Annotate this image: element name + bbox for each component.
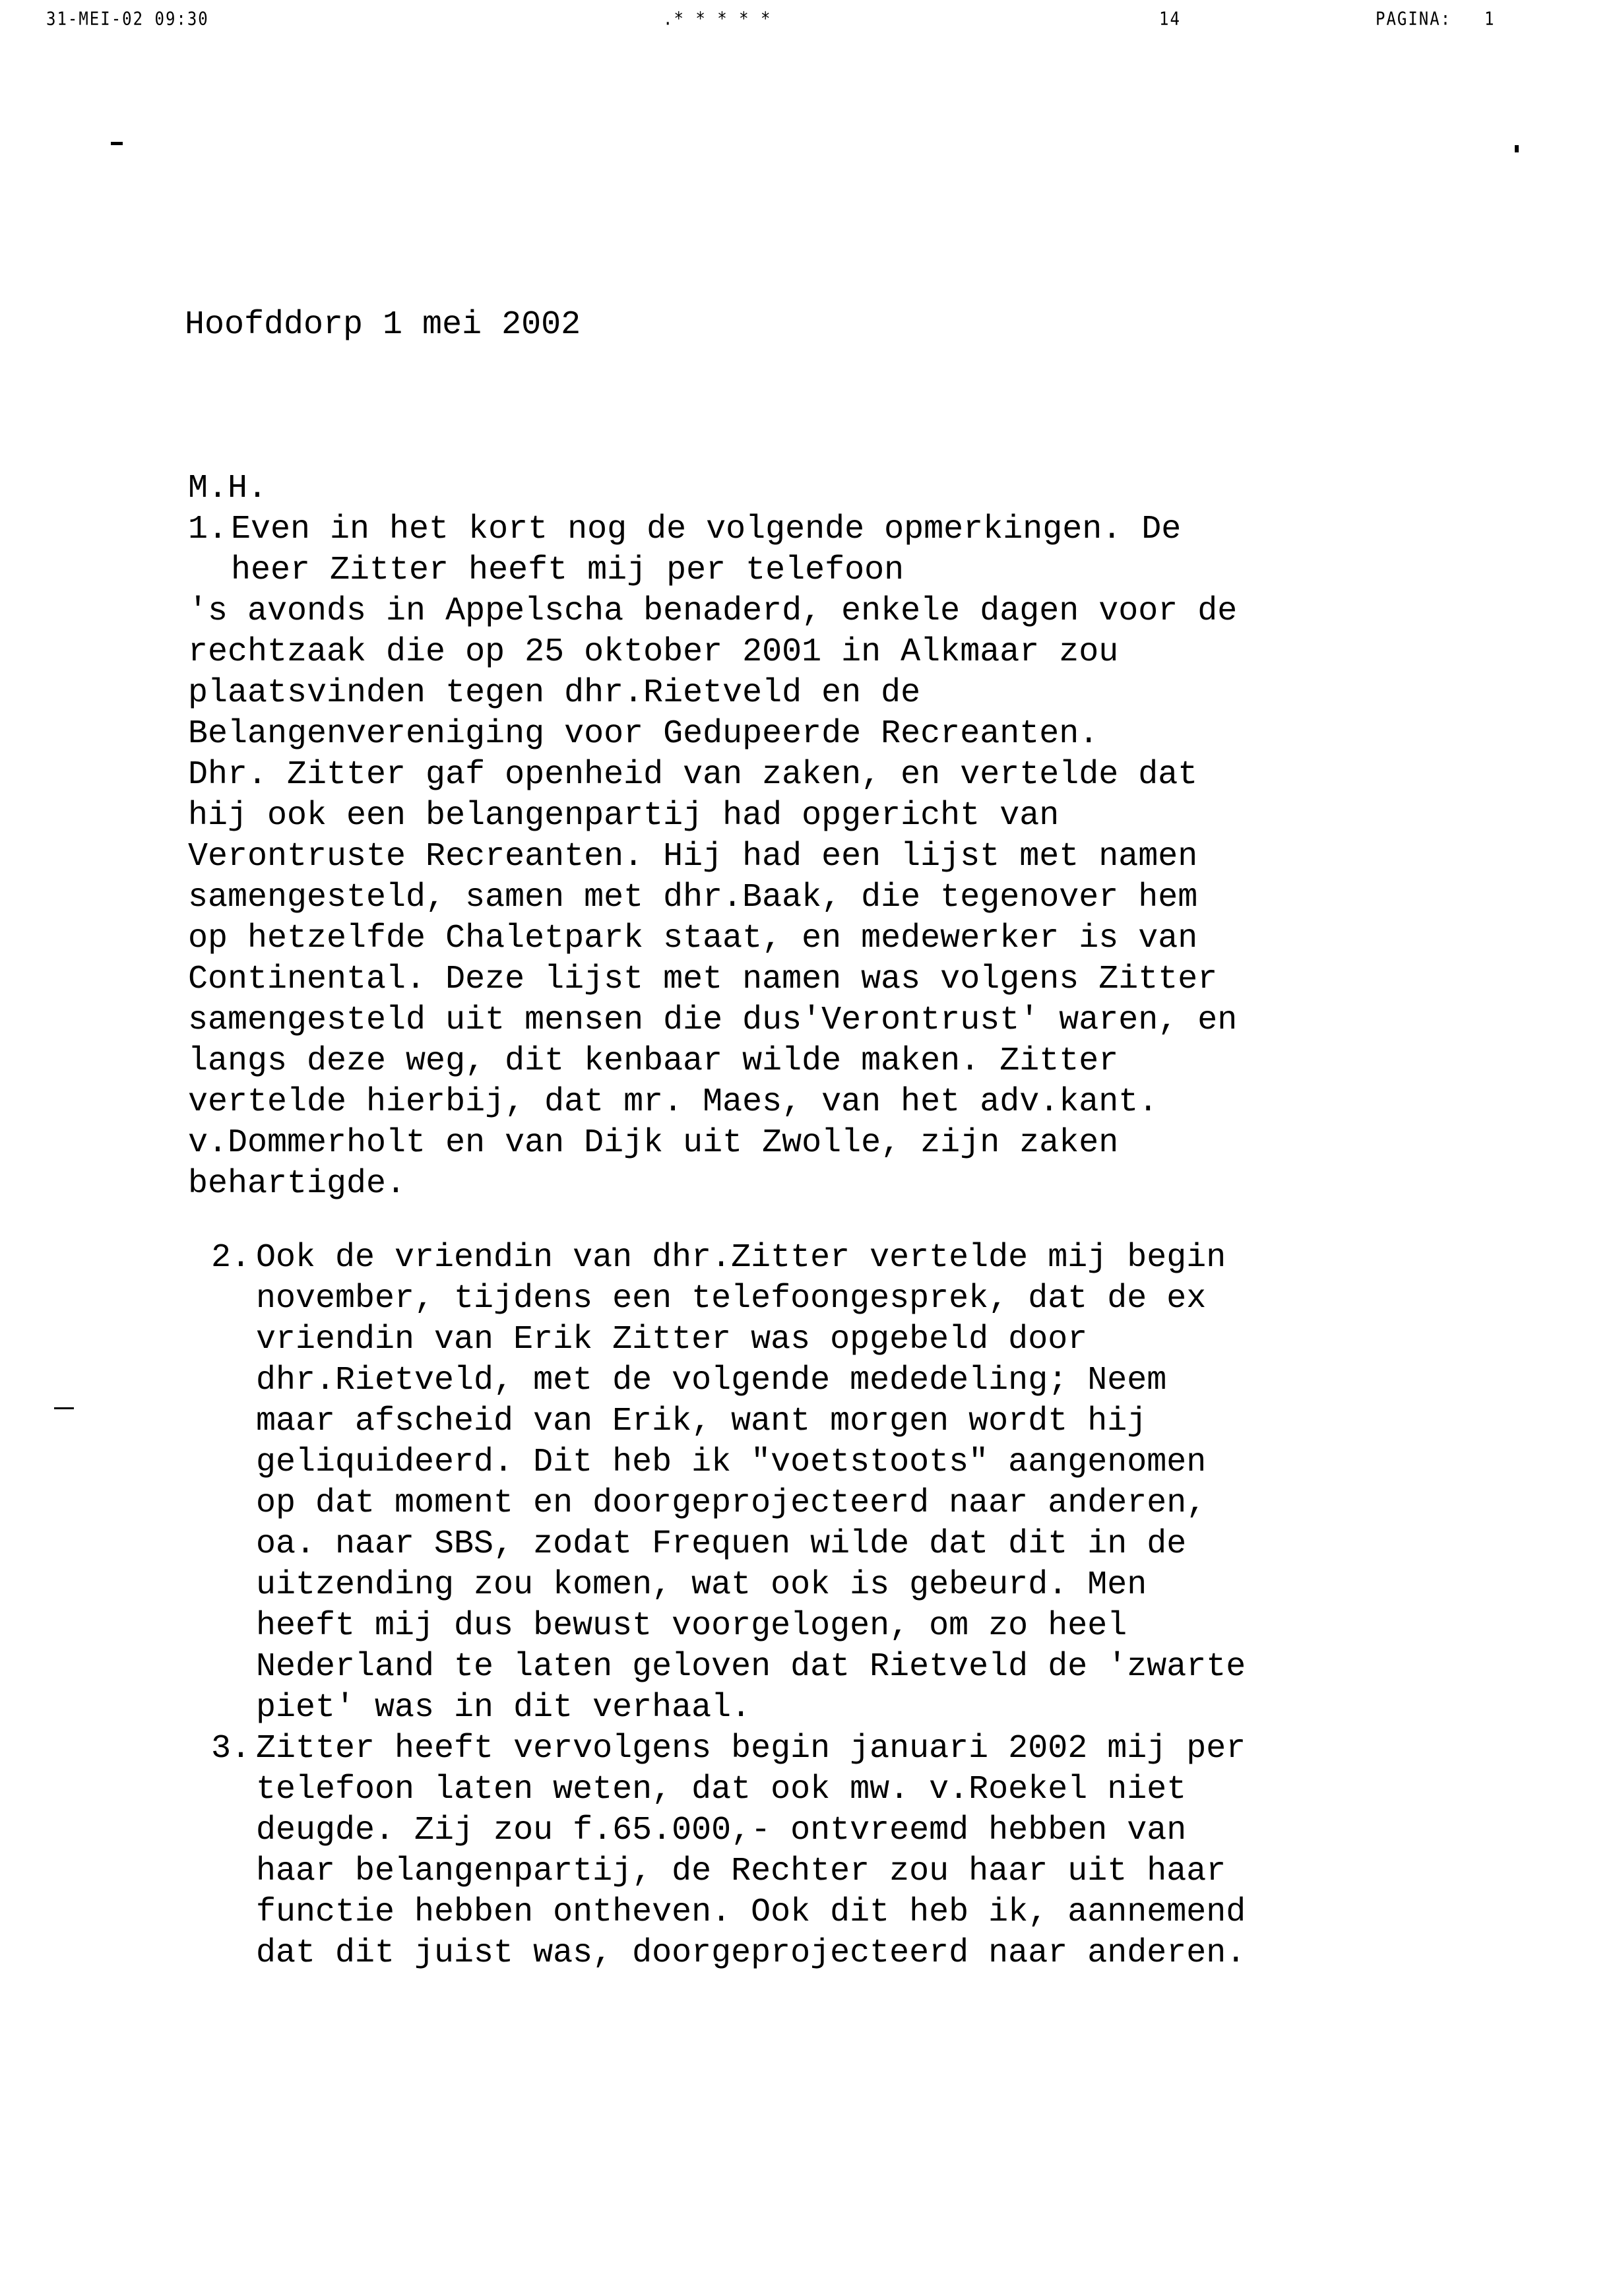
item-2-line: dhr.Rietveld, met de volgende mededeling… (256, 1360, 1166, 1401)
item-2-line: november, tijdens een telefoongesprek, d… (256, 1279, 1206, 1320)
fax-sender-number: 14 (1159, 8, 1181, 29)
item-1-line: Dhr. Zitter gaf openheid van zaken, en v… (188, 755, 1197, 796)
fax-stars: .* * * * * (663, 8, 772, 29)
item-2-line: vriendin van Erik Zitter was opgebeld do… (256, 1320, 1087, 1360)
item-3-line: dat dit juist was, doorgeprojecteerd naa… (256, 1933, 1246, 1974)
salutation: M.H. (188, 468, 267, 509)
item-1-line: Continental. Deze lijst met namen was vo… (188, 959, 1217, 1000)
scan-mark (111, 142, 123, 145)
fax-datetime: 31-MEI-02 09:30 (46, 8, 209, 29)
item-1-line: Even in het kort nog de volgende opmerki… (231, 509, 1181, 550)
item-2-number: 2. (211, 1238, 251, 1279)
item-2-line: uitzending zou komen, wat ook is gebeurd… (256, 1565, 1147, 1606)
fax-page-label: PAGINA: (1376, 8, 1451, 29)
item-1-line: langs deze weg, dit kenbaar wilde maken.… (188, 1041, 1118, 1082)
item-2-line: maar afscheid van Erik, want morgen word… (256, 1401, 1147, 1442)
item-2-line: heeft mij dus bewust voorgelogen, om zo … (256, 1606, 1127, 1647)
item-1-line: Belangenvereniging voor Gedupeerde Recre… (188, 714, 1098, 755)
fax-page-number: 1 (1484, 8, 1495, 29)
item-1-line: Verontruste Recreanten. Hij had een lijs… (188, 837, 1197, 877)
item-3-line: deugde. Zij zou f.65.000,- ontvreemd heb… (256, 1810, 1186, 1851)
item-3-line: haar belangenpartij, de Rechter zou haar… (256, 1851, 1226, 1892)
item-1-line: hij ook een belangenpartij had opgericht… (188, 796, 1059, 837)
item-1-line: heer Zitter heeft mij per telefoon (231, 550, 904, 591)
item-1-number: 1. (188, 509, 228, 550)
item-3-line: Zitter heeft vervolgens begin januari 20… (256, 1729, 1246, 1770)
place-date: Hoofddorp 1 mei 2002 (185, 305, 581, 346)
item-1-line: 's avonds in Appelscha benaderd, enkele … (188, 591, 1237, 632)
item-2-line: Nederland te laten geloven dat Rietveld … (256, 1647, 1246, 1688)
item-2-line: oa. naar SBS, zodat Frequen wilde dat di… (256, 1524, 1186, 1565)
item-3-number: 3. (211, 1729, 251, 1770)
item-1-line: samengesteld, samen met dhr.Baak, die te… (188, 877, 1197, 918)
fax-header: 31-MEI-02 09:30 .* * * * * 14 PAGINA: 1 (0, 8, 1617, 38)
item-3-line: functie hebben ontheven. Ook dit heb ik,… (256, 1892, 1246, 1933)
scan-mark (1515, 145, 1519, 152)
item-1-line: behartigde. (188, 1164, 406, 1205)
item-1-line: vertelde hierbij, dat mr. Maes, van het … (188, 1082, 1158, 1123)
item-2-line: geliquideerd. Dit heb ik "voetstoots" aa… (256, 1442, 1206, 1483)
item-1-line: op hetzelfde Chaletpark staat, en medewe… (188, 918, 1197, 959)
item-2-line: op dat moment en doorgeprojecteerd naar … (256, 1483, 1206, 1524)
item-3-line: telefoon laten weten, dat ook mw. v.Roek… (256, 1770, 1186, 1810)
item-1-line: samengesteld uit mensen die dus'Verontru… (188, 1000, 1237, 1041)
scan-mark (54, 1407, 74, 1409)
item-1-line: v.Dommerholt en van Dijk uit Zwolle, zij… (188, 1123, 1118, 1164)
item-2-line: Ook de vriendin van dhr.Zitter vertelde … (256, 1238, 1226, 1279)
item-2-line: piet' was in dit verhaal. (256, 1688, 751, 1729)
item-1-line: plaatsvinden tegen dhr.Rietveld en de (188, 673, 920, 714)
item-1-line: rechtzaak die op 25 oktober 2001 in Alkm… (188, 632, 1118, 673)
